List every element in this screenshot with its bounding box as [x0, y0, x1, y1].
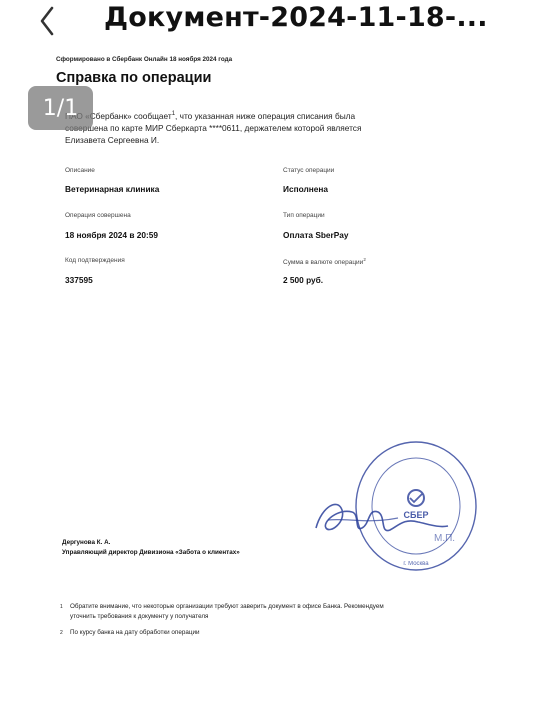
field-value-type: Оплата SberPay: [283, 230, 349, 240]
signature-icon: [308, 488, 458, 548]
top-bar: Документ-2024-11-18-...: [0, 0, 540, 44]
back-button[interactable]: [34, 4, 64, 38]
footnote-1: 1Обратите внимание, что некоторые органи…: [60, 602, 384, 622]
field-value-status: Исполнена: [283, 184, 328, 194]
footnote-number: 2: [60, 628, 70, 638]
footnote-number: 1: [60, 602, 70, 612]
signatory-title: Управляющий директор Дивизиона «Забота о…: [62, 549, 240, 556]
field-value-code: 337595: [65, 275, 93, 285]
document-heading: Справка по операции: [56, 70, 211, 86]
page-indicator: 1/1: [28, 86, 93, 130]
chevron-left-icon: [34, 4, 64, 38]
generated-note: Сформировано в Сбербанк Онлайн 18 ноября…: [56, 56, 232, 63]
field-label-code: Код подтверждения: [65, 257, 125, 264]
document-title: Документ-2024-11-18-...: [104, 2, 488, 33]
svg-text:г. Москва: г. Москва: [403, 561, 429, 567]
field-label-type: Тип операции: [283, 212, 325, 219]
field-value-description: Ветеринарная клиника: [65, 184, 159, 194]
intro-part: , что указанная ниже операция списания б…: [175, 111, 355, 121]
field-label-status: Статус операции: [283, 167, 334, 174]
field-label-date: Операция совершена: [65, 212, 131, 219]
label-text: Сумма в валюте операции: [283, 259, 363, 266]
footnote-text: уточнить требования к документу у получа…: [70, 613, 208, 620]
field-value-amount: 2 500 руб.: [283, 275, 323, 285]
footnote-ref: 2: [363, 257, 366, 262]
footnote-text: По курсу банка на дату обработки операци…: [70, 629, 199, 636]
field-value-date: 18 ноября 2024 в 20:59: [65, 230, 158, 240]
footnote-2: 2По курсу банка на дату обработки операц…: [60, 628, 199, 638]
intro-part: совершена по карте МИР Сберкарта ****061…: [65, 123, 361, 133]
signatory-name: Дергунова К. А.: [62, 539, 110, 546]
intro-part: Елизавета Сергеевна И.: [65, 135, 159, 145]
intro-text: ПАО «Сбербанк» сообщает1, что указанная …: [65, 108, 405, 146]
footnote-text: Обратите внимание, что некоторые организ…: [70, 603, 384, 610]
field-label-description: Описание: [65, 167, 95, 174]
field-label-amount: Сумма в валюте операции2: [283, 257, 366, 266]
